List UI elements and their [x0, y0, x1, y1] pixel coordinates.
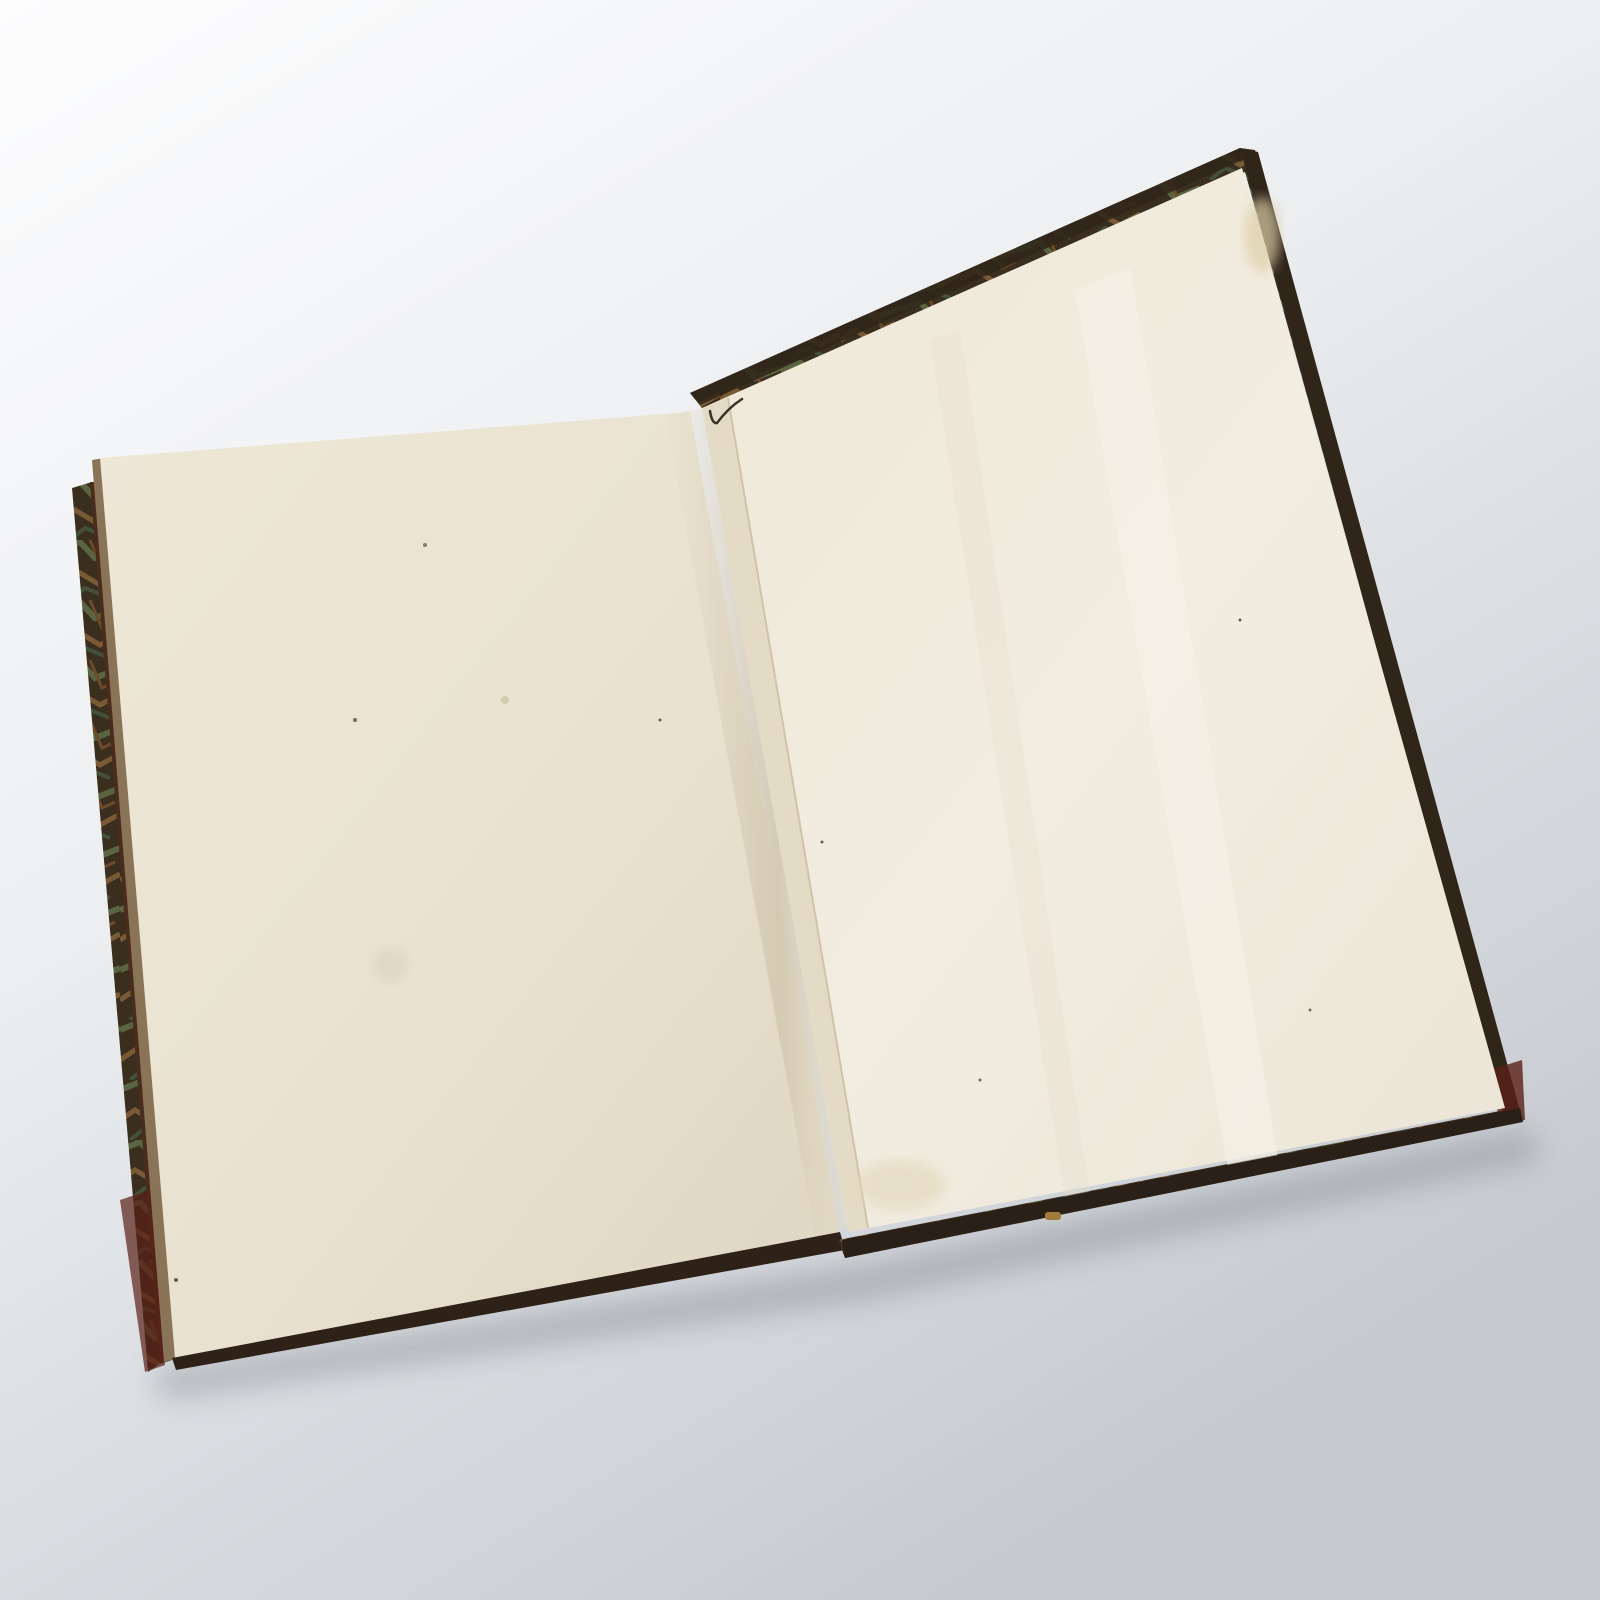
clasp-remnant — [1045, 1212, 1061, 1220]
photo-scene — [0, 0, 1600, 1600]
